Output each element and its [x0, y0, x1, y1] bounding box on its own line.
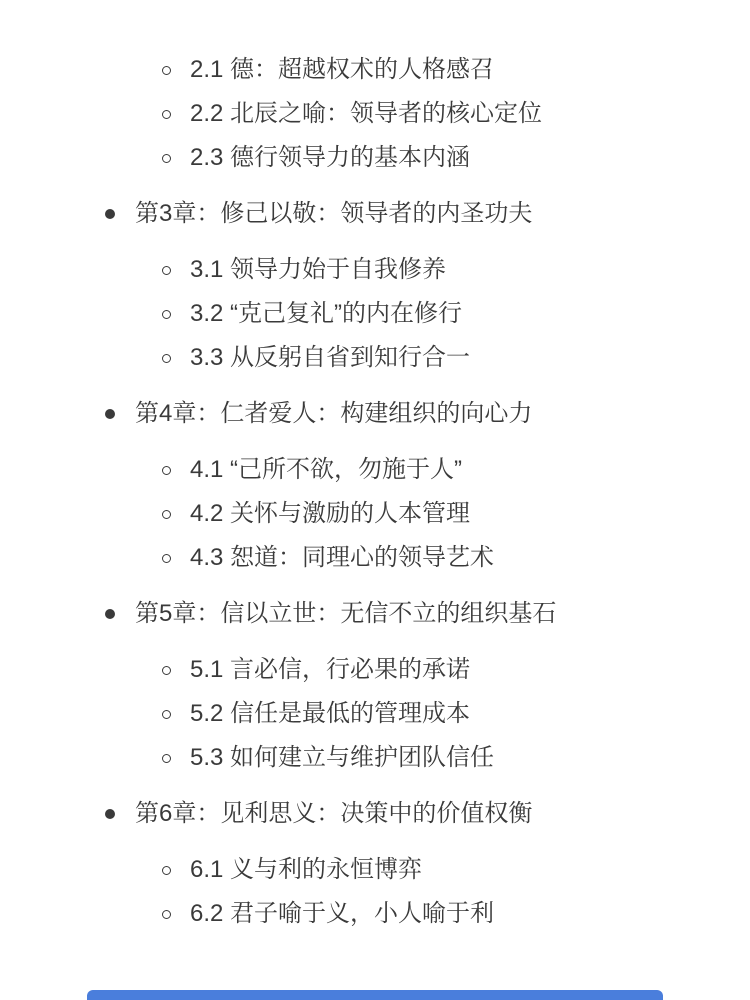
subsection-label: 6.1 义与利的永恒博弈 [190, 848, 422, 892]
subsection-item: 3.1 领导力始于自我修养 [0, 248, 750, 292]
subsection-item: 6.1 义与利的永恒博弈 [0, 848, 750, 892]
hollow-bullet-icon [162, 466, 171, 475]
hollow-bullet-icon [162, 510, 171, 519]
chapter-list: 第3章：修己以敬：领导者的内圣功夫3.1 领导力始于自我修养3.2 “克己复礼”… [0, 192, 750, 936]
subsection-item: 3.3 从反躬自省到知行合一 [0, 336, 750, 380]
subsection-label: 3.1 领导力始于自我修养 [190, 248, 446, 292]
subsection-label: 2.3 德行领导力的基本内涵 [190, 136, 470, 180]
table-of-contents: 2.1 德：超越权术的人格感召2.2 北辰之喻：领导者的核心定位2.3 德行领导… [0, 0, 750, 936]
section-list: 3.1 领导力始于自我修养3.2 “克己复礼”的内在修行3.3 从反躬自省到知行… [0, 248, 750, 380]
subsection-label: 5.2 信任是最低的管理成本 [190, 692, 470, 736]
document-page: 2.1 德：超越权术的人格感召2.2 北辰之喻：领导者的核心定位2.3 德行领导… [0, 0, 750, 936]
hollow-bullet-icon [162, 310, 171, 319]
solid-bullet-icon [105, 409, 115, 419]
subsection-item: 2.1 德：超越权术的人格感召 [0, 48, 750, 92]
subsection-label: 4.3 恕道：同理心的领导艺术 [190, 536, 494, 580]
subsection-item: 5.1 言必信，行必果的承诺 [0, 648, 750, 692]
section-list: 5.1 言必信，行必果的承诺5.2 信任是最低的管理成本5.3 如何建立与维护团… [0, 648, 750, 780]
chapter-title: 第5章：信以立世：无信不立的组织基石 [135, 592, 556, 636]
subsection-label: 5.1 言必信，行必果的承诺 [190, 648, 470, 692]
chapter-item: 第5章：信以立世：无信不立的组织基石 [0, 592, 750, 636]
next-block-partial-bar [87, 990, 663, 1000]
solid-bullet-icon [105, 609, 115, 619]
subsection-item: 6.2 君子喻于义，小人喻于利 [0, 892, 750, 936]
subsection-item: 5.3 如何建立与维护团队信任 [0, 736, 750, 780]
subsection-label: 4.2 关怀与激励的人本管理 [190, 492, 470, 536]
subsection-label: 3.3 从反躬自省到知行合一 [190, 336, 470, 380]
chapter-item: 第4章：仁者爱人：构建组织的向心力 [0, 392, 750, 436]
subsection-label: 6.2 君子喻于义，小人喻于利 [190, 892, 494, 936]
section-list: 6.1 义与利的永恒博弈6.2 君子喻于义，小人喻于利 [0, 848, 750, 936]
subsection-item: 4.3 恕道：同理心的领导艺术 [0, 536, 750, 580]
hollow-bullet-icon [162, 866, 171, 875]
subsection-item: 5.2 信任是最低的管理成本 [0, 692, 750, 736]
chapter-item: 第6章：见利思义：决策中的价值权衡 [0, 792, 750, 836]
solid-bullet-icon [105, 209, 115, 219]
subsection-item: 4.1 “己所不欲，勿施于人” [0, 448, 750, 492]
hollow-bullet-icon [162, 66, 171, 75]
hollow-bullet-icon [162, 154, 171, 163]
hollow-bullet-icon [162, 354, 171, 363]
subsection-label: 5.3 如何建立与维护团队信任 [190, 736, 494, 780]
subsection-label: 2.1 德：超越权术的人格感召 [190, 48, 494, 92]
chapter-item: 第3章：修己以敬：领导者的内圣功夫 [0, 192, 750, 236]
section-list: 4.1 “己所不欲，勿施于人”4.2 关怀与激励的人本管理4.3 恕道：同理心的… [0, 448, 750, 580]
leading-section-list: 2.1 德：超越权术的人格感召2.2 北辰之喻：领导者的核心定位2.3 德行领导… [0, 48, 750, 180]
hollow-bullet-icon [162, 710, 171, 719]
subsection-item: 2.2 北辰之喻：领导者的核心定位 [0, 92, 750, 136]
solid-bullet-icon [105, 809, 115, 819]
subsection-item: 2.3 德行领导力的基本内涵 [0, 136, 750, 180]
hollow-bullet-icon [162, 110, 171, 119]
hollow-bullet-icon [162, 266, 171, 275]
subsection-item: 4.2 关怀与激励的人本管理 [0, 492, 750, 536]
chapter-title: 第6章：见利思义：决策中的价值权衡 [135, 792, 532, 836]
subsection-label: 3.2 “克己复礼”的内在修行 [190, 292, 462, 336]
subsection-label: 4.1 “己所不欲，勿施于人” [190, 448, 462, 492]
hollow-bullet-icon [162, 554, 171, 563]
hollow-bullet-icon [162, 666, 171, 675]
subsection-label: 2.2 北辰之喻：领导者的核心定位 [190, 92, 542, 136]
subsection-item: 3.2 “克己复礼”的内在修行 [0, 292, 750, 336]
chapter-title: 第3章：修己以敬：领导者的内圣功夫 [135, 192, 532, 236]
hollow-bullet-icon [162, 754, 171, 763]
hollow-bullet-icon [162, 910, 171, 919]
chapter-title: 第4章：仁者爱人：构建组织的向心力 [135, 392, 532, 436]
